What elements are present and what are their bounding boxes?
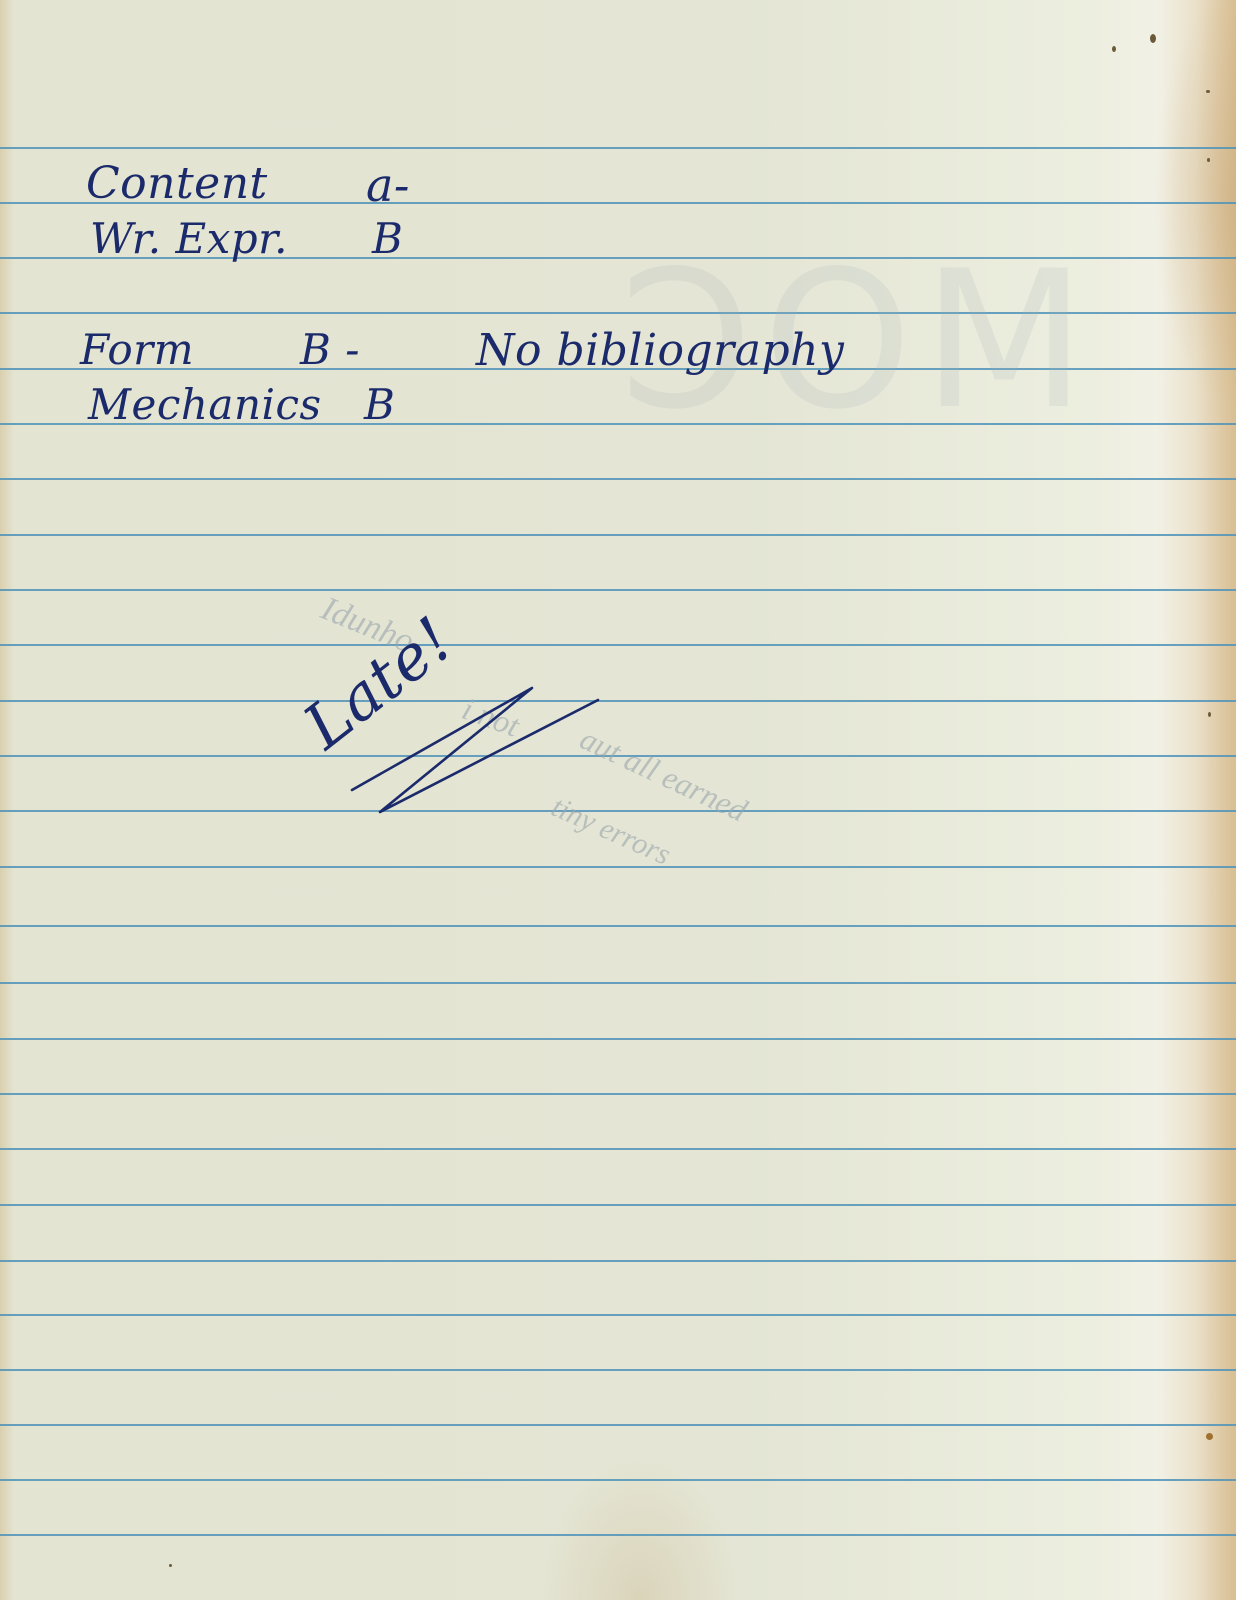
rule-line — [0, 982, 1236, 984]
notebook-page: MOC Idunho i not aut all earned tiny err… — [0, 0, 1236, 1600]
grade-value-content: a- — [366, 158, 410, 212]
rule-line — [0, 1260, 1236, 1262]
rule-line — [0, 1534, 1236, 1536]
grade-value-form: B - — [300, 325, 360, 374]
late-underline-stroke — [0, 0, 1, 1]
paper-speck — [169, 1564, 172, 1567]
grade-category-wr-expr: Wr. Expr. — [90, 214, 288, 263]
grade-category-content: Content — [86, 158, 268, 209]
rule-line — [0, 1424, 1236, 1426]
paper-speck — [1206, 1433, 1213, 1440]
grade-value-wr-expr: B — [372, 214, 403, 263]
rule-line — [0, 866, 1236, 868]
rule-line — [0, 589, 1236, 591]
rule-line — [0, 147, 1236, 149]
rule-line — [0, 810, 1236, 812]
paper-speck — [1208, 712, 1211, 717]
rule-line — [0, 534, 1236, 536]
rule-line — [0, 1204, 1236, 1206]
rule-line — [0, 1148, 1236, 1150]
rule-line — [0, 478, 1236, 480]
paper-speck — [1112, 46, 1116, 52]
comment-no-bibliography: No bibliography — [476, 325, 844, 376]
rule-line — [0, 1369, 1236, 1371]
rule-line — [0, 1314, 1236, 1316]
rule-line — [0, 644, 1236, 646]
rule-line — [0, 700, 1236, 702]
grade-category-mechanics: Mechanics — [88, 380, 322, 429]
grade-value-mechanics: B — [364, 380, 395, 429]
rule-line — [0, 925, 1236, 927]
paper-speck — [1150, 34, 1156, 43]
grade-category-form: Form — [80, 325, 194, 374]
rule-line — [0, 1479, 1236, 1481]
paper-speck — [1207, 158, 1210, 162]
pencil-show-through-4: tiny errors — [546, 790, 675, 872]
paper-speck — [1206, 90, 1210, 93]
rule-line — [0, 1093, 1236, 1095]
rule-line — [0, 1038, 1236, 1040]
